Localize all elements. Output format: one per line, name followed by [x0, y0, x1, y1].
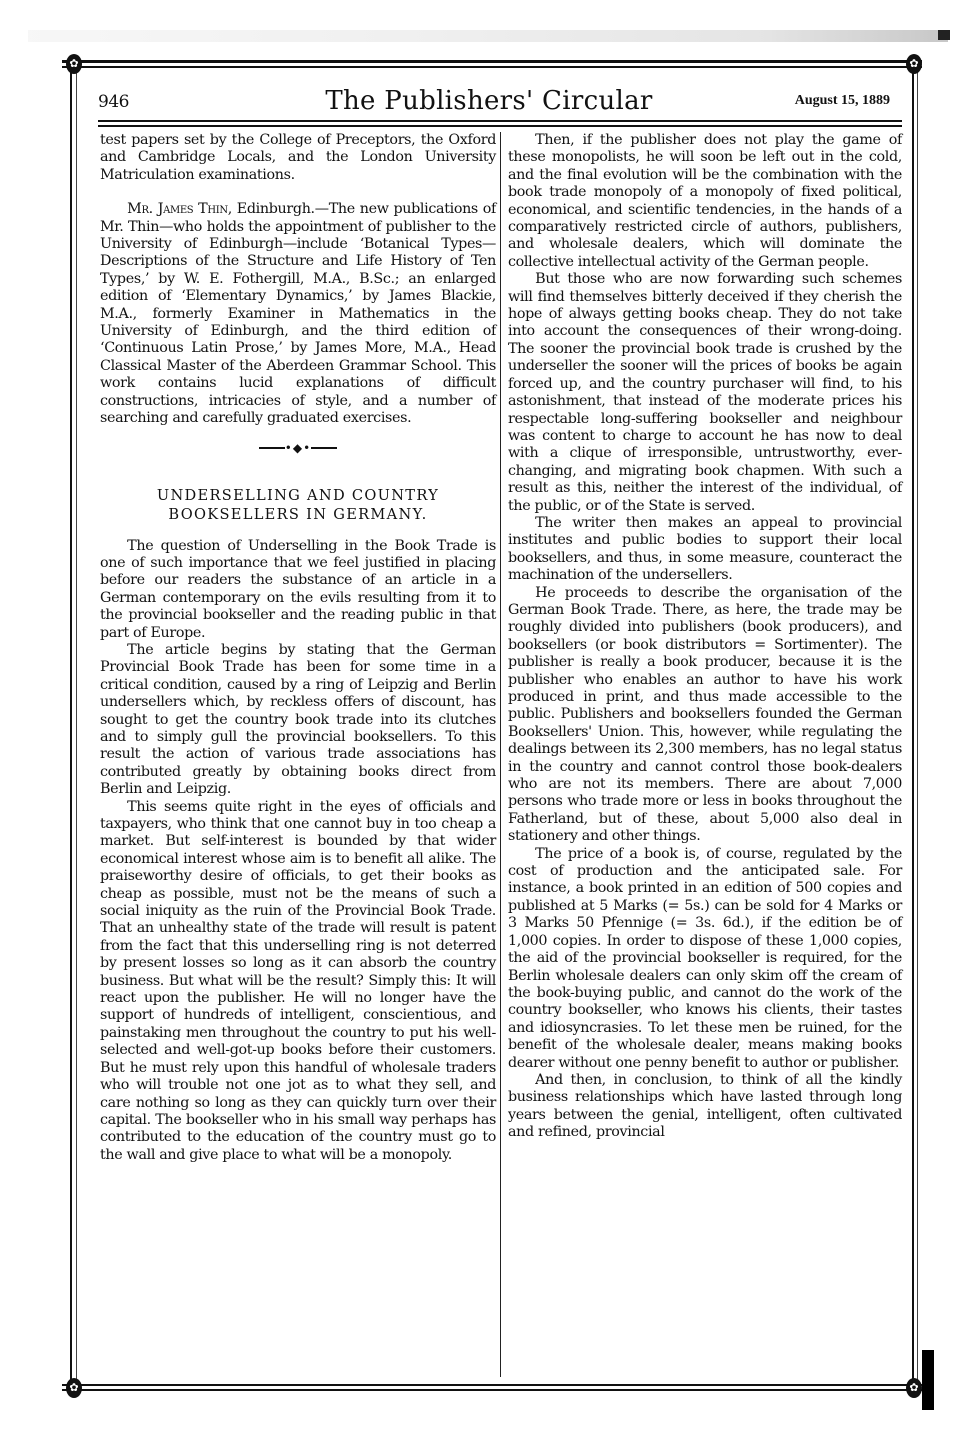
right-column: Then, if the publisher does not play the… — [508, 132, 902, 1142]
section-ornament: •◆• — [100, 428, 496, 468]
rosette-ornament-icon: ✿ — [906, 1378, 922, 1398]
article-headline: UNDERSELLING AND COUNTRY BOOKSELLERS IN … — [100, 486, 496, 524]
left-column: test papers set by the College of Precep… — [100, 132, 496, 1164]
border-rule — [62, 60, 922, 63]
article-paragraph: But those who are now forwarding such sc… — [508, 271, 902, 515]
continued-paragraph: test papers set by the College of Precep… — [100, 132, 496, 184]
border-rule — [62, 66, 922, 68]
notice-name: Mr. James Thin — [127, 201, 228, 217]
scan-edge-artifact — [938, 30, 950, 40]
header-rule — [98, 120, 902, 122]
border-rule — [912, 70, 914, 1382]
border-rule — [917, 70, 918, 1382]
article-paragraph: This seems quite right in the eyes of of… — [100, 799, 496, 1165]
notice-text: , Edinburgh.—The new publications of Mr.… — [100, 201, 496, 426]
article-paragraph: The article begins by stating that the G… — [100, 642, 496, 799]
scan-edge-artifact — [28, 30, 948, 42]
border-rule — [76, 70, 77, 1382]
rosette-ornament-icon: ✿ — [66, 1378, 82, 1398]
article-paragraph: And then, in conclusion, to think of all… — [508, 1072, 902, 1142]
column-divider — [500, 132, 501, 1377]
header-rule — [98, 125, 902, 127]
rosette-ornament-icon: ✿ — [66, 54, 82, 74]
border-rule — [62, 1384, 922, 1386]
article-paragraph: The writer then makes an appeal to provi… — [508, 515, 902, 585]
article-paragraph: Then, if the publisher does not play the… — [508, 132, 902, 271]
border-rule — [70, 70, 72, 1382]
issue-date: August 15, 1889 — [795, 93, 890, 109]
ornament-glyph-icon: •◆• — [285, 441, 311, 455]
article-paragraph: The price of a book is, of course, regul… — [508, 846, 902, 1072]
scan-edge-artifact — [922, 1350, 934, 1410]
headline-line: BOOKSELLERS IN GERMANY. — [100, 505, 496, 524]
headline-line: UNDERSELLING AND COUNTRY — [100, 486, 496, 505]
article-paragraph: The question of Underselling in the Book… — [100, 538, 496, 642]
rosette-ornament-icon: ✿ — [906, 54, 922, 74]
notice-paragraph: Mr. James Thin, Edinburgh.—The new publi… — [100, 201, 496, 427]
border-rule — [62, 1389, 922, 1391]
article-paragraph: He proceeds to describe the organisation… — [508, 585, 902, 846]
